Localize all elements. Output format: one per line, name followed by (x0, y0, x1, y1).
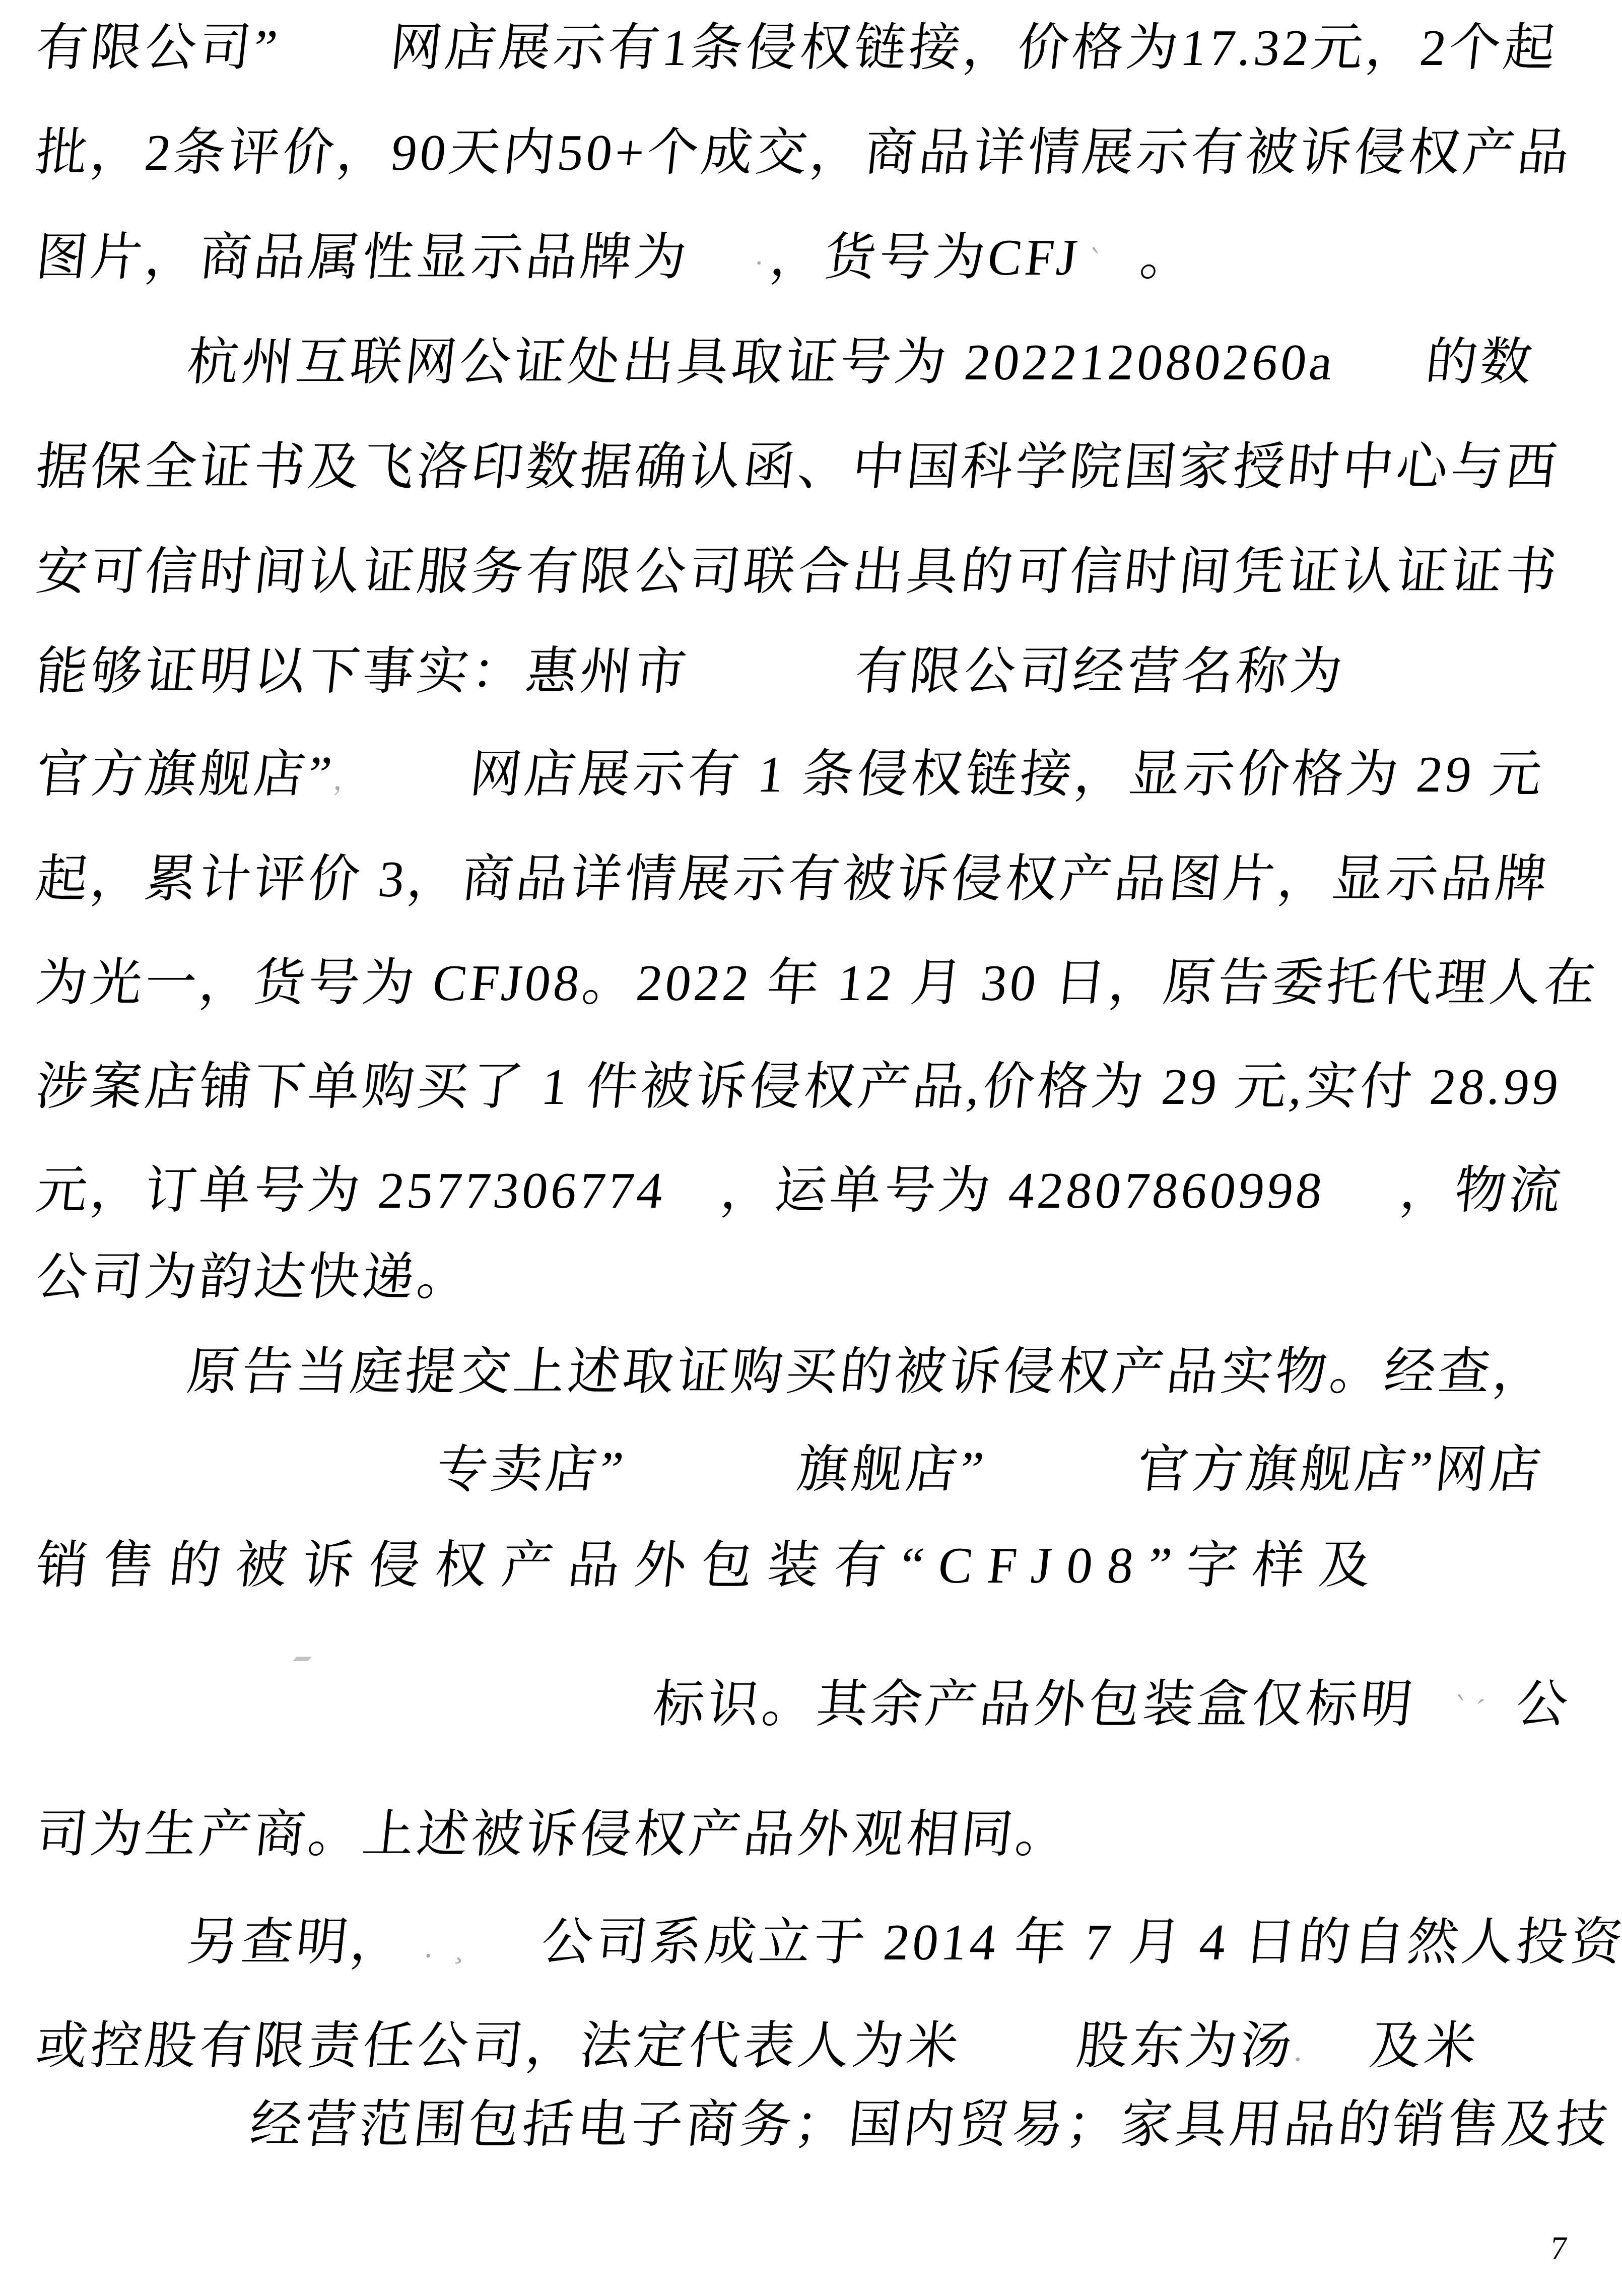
text-line: 标识。其余产品外包装盒仅标明｀ˊ公 (33, 1672, 1596, 1739)
text-segment: 安可信时间认证服务有限公司联合出具的可信时间凭证认证证书 (33, 539, 1563, 606)
text-line: 据保全证书及飞洛印数据确认函、中国科学院国家授时中心与西 (33, 434, 1596, 501)
text-segment: 的数 (1423, 330, 1538, 397)
text-segment: 经营范围包括电子商务；国内贸易；家具用品的销售及技 (247, 2092, 1614, 2159)
text-line: 原告当庭提交上述取证购买的被诉侵权产品实物。经查， (33, 1339, 1596, 1406)
text-segment: 股东为汤 (1073, 2013, 1298, 2080)
text-segment: 杭州互联网公证处出具取证号为 202212080260a (184, 330, 1339, 397)
redacted-area (464, 1954, 540, 1959)
redacted-area (664, 1203, 720, 1208)
redacted-area (278, 60, 389, 65)
redacted-area (1413, 1717, 1444, 1722)
text-line: 安可信时间认证服务有限公司联合出具的可信时间凭证认证证书 (33, 539, 1596, 606)
text-line: 起，累计评价 3，商品详情展示有被诉侵权产品图片，显示品牌 (33, 846, 1596, 913)
text-segment: 销售的被诉侵权产品外包装有“CFJ08”字样及 (33, 1533, 1389, 1600)
text-segment: 。 (1137, 225, 1198, 292)
scan-artifact: ． (1293, 2035, 1326, 2068)
scan-artifact: ， (332, 763, 366, 796)
text-segment: 网店展示有1条侵权链接，价格为17.32元，2个起 (387, 15, 1561, 82)
text-segment: 能够证明以下事实：惠州市 (33, 639, 693, 706)
text-segment: 据保全证书及飞洛印数据确认函、中国科学院国家授时中心与西 (33, 434, 1563, 501)
text-segment: 图片，商品属性显示品牌为 (33, 225, 693, 292)
scan-artifact: ｀ˊ (1443, 1693, 1488, 1726)
text-segment: 公司系成立于 2014 年 7 月 4 日的自然人投资 (538, 1910, 1622, 1977)
text-segment: ，货号为CFJ (767, 225, 1083, 292)
scan-artifact: ｀ (1077, 246, 1111, 279)
redacted-area (1484, 1717, 1515, 1722)
text-segment: 及米 (1367, 2013, 1482, 2080)
text-segment: 旗舰店” (793, 1437, 989, 1504)
text-segment: 批，2条评价，90天内50+个成交，商品详情展示有被诉侵权产品 (33, 120, 1575, 187)
text-segment: 有限公司经营名称为 (852, 639, 1348, 706)
text-segment: 司为生产商。上述被诉侵权产品外观相同。 (33, 1802, 1073, 1869)
text-line: 销售的被诉侵权产品外包装有“CFJ08”字样及 (33, 1533, 1596, 1600)
text-line: 能够证明以下事实：惠州市有限公司经营名称为 (33, 639, 1596, 706)
redacted-area (688, 270, 754, 275)
scan-artifact (293, 1657, 312, 1661)
text-line: 元，订单号为 2577306774，运单号为 42807860998，物流 (33, 1158, 1596, 1225)
text-segment: ，物流 (1397, 1158, 1567, 1225)
text-segment: 官方旗舰店”网店 (1134, 1437, 1547, 1504)
text-segment: ，运单号为 42807860998 (718, 1158, 1328, 1225)
text-line: 有限公司”网店展示有1条侵权链接，价格为17.32元，2个起 (33, 15, 1596, 82)
text-line: 司为生产商。上述被诉侵权产品外观相同。 (33, 1802, 1596, 1869)
redacted-area (984, 1482, 1136, 1487)
text-segment: 官方旗舰店” (33, 742, 337, 809)
text-segment: 有限公司” (33, 15, 283, 82)
text-line: 公司为韵达快递。 (33, 1244, 1596, 1311)
text-segment: 公 (1513, 1672, 1574, 1739)
text-line: 官方旗舰店”，网店展示有 1 条侵权链接，显示价格为 29 元 (33, 742, 1596, 809)
text-line: 为光一，货号为 CFJ08。2022 年 12 月 30 日，原告委托代理人在 (33, 950, 1596, 1017)
text-segment: 或控股有限责任公司，法定代表人为米 (33, 2013, 965, 2080)
text-segment: 专卖店” (433, 1437, 629, 1504)
text-segment: 网店展示有 1 条侵权链接，显示价格为 29 元 (466, 742, 1548, 809)
redacted-area (1323, 2058, 1369, 2063)
text-line: 或控股有限责任公司，法定代表人为米股东为汤．及米 (33, 2013, 1596, 2080)
redacted-area (1323, 1203, 1399, 1208)
redacted-area (363, 786, 469, 792)
page-number: 7 (1548, 2229, 1569, 2268)
text-line: 另查明，．¸公司系成立于 2014 年 7 月 4 日的自然人投资 (33, 1910, 1596, 1977)
redacted-area (403, 1954, 424, 1959)
redacted-area (1108, 270, 1139, 275)
text-segment: 公司为韵达快递。 (33, 1244, 475, 1311)
text-line: 涉案店铺下单购买了 1 件被诉侵权产品,价格为 29 元,实付 28.99 (33, 1054, 1596, 1121)
redacted-area (624, 1482, 796, 1487)
text-segment: 原告当庭提交上述取证购买的被诉侵权产品实物。经查， (184, 1339, 1551, 1406)
text-line: 杭州互联网公证处出具取证号为 202212080260a的数 (33, 330, 1596, 397)
text-line: 专卖店”旗舰店”官方旗舰店”网店 (33, 1437, 1596, 1504)
redacted-area (1333, 374, 1425, 379)
redacted-area (960, 2058, 1076, 2063)
redacted-area (688, 684, 854, 689)
text-line: 批，2条评价，90天内50+个成交，商品详情展示有被诉侵权产品 (33, 120, 1596, 187)
text-segment: 为光一，货号为 CFJ08。2022 年 12 月 30 日，原告委托代理人在 (33, 950, 1602, 1017)
text-segment: 标识。其余产品外包装盒仅标明 (650, 1672, 1418, 1739)
scanned-court-document-page: 有限公司”网店展示有1条侵权链接，价格为17.32元，2个起 批，2条评价，90… (0, 0, 1622, 2296)
text-segment: 另查明， (184, 1910, 409, 1977)
scan-artifact: ．¸ (423, 1931, 467, 1964)
text-line: 经营范围包括电子商务；国内贸易；家具用品的销售及技 (33, 2092, 1596, 2159)
text-segment: 涉案店铺下单购买了 1 件被诉侵权产品,价格为 29 元,实付 28.99 (33, 1054, 1565, 1121)
text-segment: 元，订单号为 2577306774 (33, 1158, 669, 1225)
text-segment: 起，累计评价 3，商品详情展示有被诉侵权产品图片，显示品牌 (33, 846, 1553, 913)
text-line: 图片，商品属性显示品牌为·，货号为CFJ｀。 (33, 225, 1596, 292)
